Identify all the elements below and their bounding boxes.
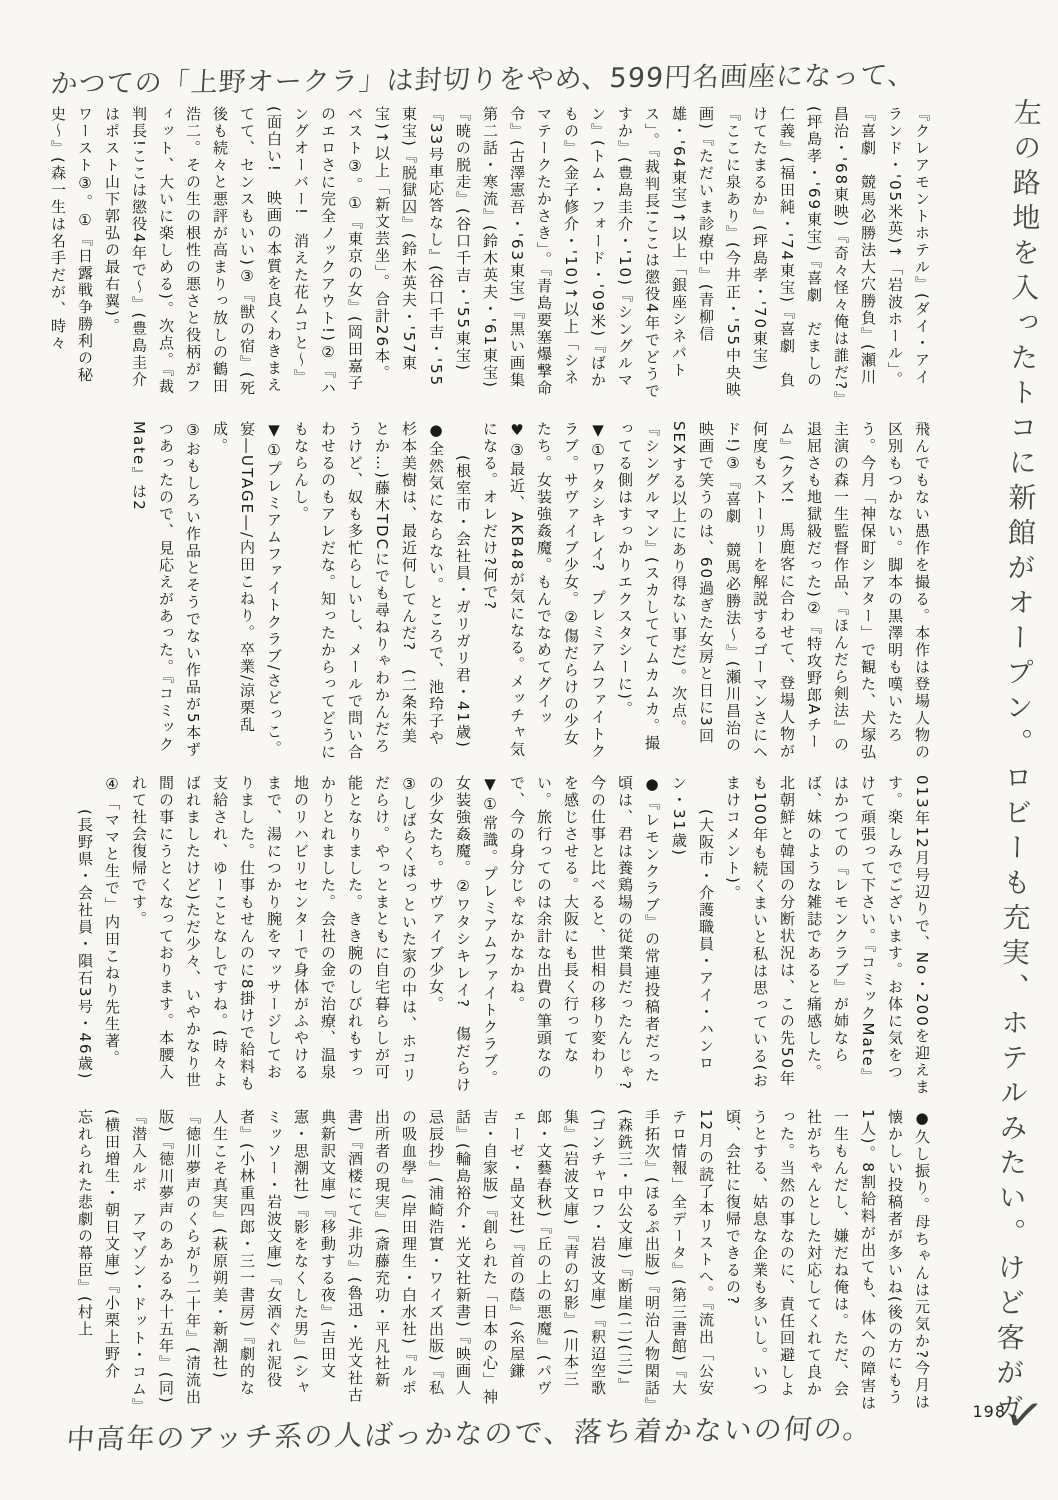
text-band-2: 飛んでもない愚作を撮る。本作は登場人物の区別もつかない。脚本の黒澤明も嘆いたろう… xyxy=(35,421,935,761)
text-band-3: 013年12月号辺りで、No・200を迎えます。楽しみでございます。お体に気をつ… xyxy=(35,775,935,1097)
text-band-4: ●久し振り。母ちゃんは元気か?今月は懐かしい投稿者が多いね(後の方にもう1人)。… xyxy=(35,1109,935,1413)
scanned-magazine-page: かつての「上野オークラ」は封切りをやめ、599円名画座になって、 左の路地を入っ… xyxy=(0,0,1058,1500)
handwritten-note-right: 左の路地を入ったトコに新館がオープン。ロビーも充実、ホテルみたい。けど客がガ xyxy=(987,97,1046,1427)
handwritten-note-top: かつての「上野オークラ」は封切りをやめ、599円名画座になって、 xyxy=(50,52,1012,101)
checkmark-annotation: ✓ xyxy=(1002,1386,1048,1445)
text-band-1: 『クレアモントホテル』(ダイ・アイランド・'05米英)↑「岩波ホール」。『喜劇 … xyxy=(35,106,935,402)
article-body: 『クレアモントホテル』(ダイ・アイランド・'05米英)↑「岩波ホール」。『喜劇 … xyxy=(35,106,935,1413)
page-number: 198 xyxy=(972,1402,1006,1421)
handwritten-note-bottom: 中高年のアッチ系の人ばっかなので、落ち着かないの何の。 xyxy=(65,1405,968,1458)
